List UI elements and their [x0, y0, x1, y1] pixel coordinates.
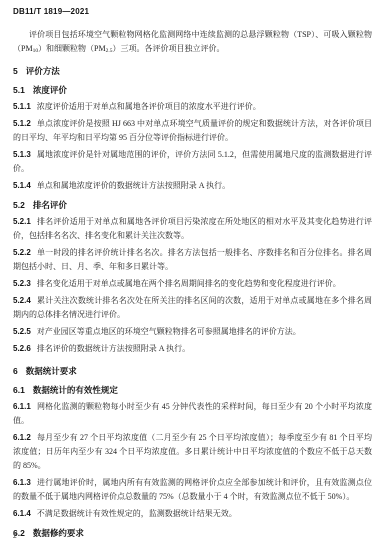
heading-text: 数据统计的有效性规定: [33, 385, 118, 395]
clause-number: 5.2.6: [13, 344, 31, 353]
clause-text: 浓度评价适用于对单点和属地各评价项目的浓度水平进行评价。: [37, 102, 261, 111]
clause-text: 属地浓度评价是针对属地范围的评价，评价方法同 5.1.2，但需使用属地尺度的监测…: [13, 150, 372, 173]
heading-number: 6: [13, 366, 18, 376]
clause-number: 5.1.4: [13, 181, 31, 190]
clause-number: 5.1.3: [13, 150, 31, 159]
section-6-2-heading: 6.2数据修约要求: [13, 526, 372, 540]
heading-text: 排名评价: [33, 200, 67, 210]
clause-text: 网格化监测的颗粒物每小时至少有 45 分钟代表性的采样时间，每日至少有 20 个…: [13, 402, 372, 425]
clause-6-1-3: 6.1.3进行属地评价时，属地内所有有效监测的网格评价点应全部参加统计和评价，且…: [13, 476, 372, 504]
intro-paragraph: 评价项目包括环境空气颗粒物网格化监测网络中连续监测的总悬浮颗粒物（TSP）、可吸…: [13, 28, 372, 56]
clause-6-1-4: 6.1.4不满足数据统计有效性规定的，监测数据统计结果无效。: [13, 507, 372, 521]
clause-5-1-4: 5.1.4单点和属地浓度评价的数据统计方法按照附录 A 执行。: [13, 179, 372, 193]
clause-5-2-5: 5.2.5对产业园区等重点地区的环境空气颗粒物排名可参照属地排名的评价方法。: [13, 325, 372, 339]
heading-text: 数据修约要求: [33, 528, 84, 538]
clause-number: 5.2.2: [13, 248, 31, 257]
clause-number: 5.2.4: [13, 296, 31, 305]
clause-text: 累计关注次数统计排名名次处在所关注的排名区间的次数，适用于对单点或属地在多个排名…: [13, 296, 372, 319]
clause-text: 单点和属地浓度评价的数据统计方法按照附录 A 执行。: [37, 181, 230, 190]
heading-number: 5: [13, 66, 18, 76]
clause-number: 6.1.4: [13, 509, 31, 518]
clause-5-2-3: 5.2.3排名变化适用于对单点或属地在两个排名周期间排名的变化趋势和变化程度进行…: [13, 277, 372, 291]
section-6-heading: 6数据统计要求: [13, 364, 372, 378]
clause-6-1-2: 6.1.2每月至少有 27 个日平均浓度值（二月至少有 25 个日平均浓度值）；…: [13, 431, 372, 473]
intro-text: ）三项。各评价项目独立评价。: [113, 44, 225, 53]
clause-text: 单点浓度评价是按照 HJ 663 中对单点环境空气质量评价的规定和数据统计方法，…: [13, 119, 372, 142]
section-5-2-heading: 5.2排名评价: [13, 198, 372, 212]
clause-number: 5.2.5: [13, 327, 31, 336]
clause-number: 5.2.3: [13, 279, 31, 288]
heading-number: 5.1: [13, 85, 25, 95]
clause-5-2-4: 5.2.4累计关注次数统计排名名次处在所关注的排名区间的次数，适用于对单点或属地…: [13, 294, 372, 322]
heading-text: 数据统计要求: [26, 366, 77, 376]
document-header: DB11/T 1819—2021: [13, 6, 372, 18]
clause-number: 5.1.2: [13, 119, 31, 128]
clause-text: 排名评价适用于对单点和属地各评价项目污染浓度在所处地区的相对水平及其变化趋势进行…: [13, 217, 372, 240]
clause-text: 排名变化适用于对单点或属地在两个排名周期间排名的变化趋势和变化程度进行评价。: [37, 279, 341, 288]
section-5-heading: 5评价方法: [13, 64, 372, 78]
clause-5-2-6: 5.2.6排名评价的数据统计方法按照附录 A 执行。: [13, 342, 372, 356]
clause-number: 6.1.2: [13, 433, 31, 442]
clause-number: 6.1.1: [13, 402, 31, 411]
heading-number: 6.1: [13, 385, 25, 395]
heading-number: 5.2: [13, 200, 25, 210]
clause-number: 5.2.1: [13, 217, 31, 226]
clause-5-2-1: 5.2.1排名评价适用于对单点和属地各评价项目污染浓度在所处地区的相对水平及其变…: [13, 215, 372, 243]
clause-number: 5.1.1: [13, 102, 31, 111]
intro-text: ）和细颗粒物（PM: [38, 44, 106, 53]
clause-5-1-2: 5.1.2单点浓度评价是按照 HJ 663 中对单点环境空气质量评价的规定和数据…: [13, 117, 372, 145]
clause-5-2-2: 5.2.2单一时段的排名评价统计排名名次。排名方法包括一般排名、序数排名和百分位…: [13, 246, 372, 274]
section-6-1-heading: 6.1数据统计的有效性规定: [13, 383, 372, 397]
clause-text: 对产业园区等重点地区的环境空气颗粒物排名可参照属地排名的评价方法。: [37, 327, 301, 336]
page-number: 2: [13, 531, 17, 541]
clause-text: 单一时段的排名评价统计排名名次。排名方法包括一般排名、序数排名和百分位排名。排名…: [13, 248, 372, 271]
clause-text: 不满足数据统计有效性规定的，监测数据统计结果无效。: [37, 509, 237, 518]
clause-6-1-1: 6.1.1网格化监测的颗粒物每小时至少有 45 分钟代表性的采样时间，每日至少有…: [13, 400, 372, 428]
heading-text: 浓度评价: [33, 85, 67, 95]
pm25-subscript: 2.5: [106, 48, 113, 54]
clause-text: 进行属地评价时，属地内所有有效监测的网格评价点应全部参加统计和评价，且有效监测点…: [13, 478, 372, 501]
clause-5-1-1: 5.1.1浓度评价适用于对单点和属地各评价项目的浓度水平进行评价。: [13, 100, 372, 114]
section-5-1-heading: 5.1浓度评价: [13, 83, 372, 97]
clause-text: 每月至少有 27 个日平均浓度值（二月至少有 25 个日平均浓度值）；每季度至少…: [13, 433, 372, 470]
clause-text: 排名评价的数据统计方法按照附录 A 执行。: [37, 344, 190, 353]
clause-5-1-3: 5.1.3属地浓度评价是针对属地范围的评价，评价方法同 5.1.2，但需使用属地…: [13, 148, 372, 176]
document-page: DB11/T 1819—2021 评价项目包括环境空气颗粒物网格化监测网络中连续…: [0, 0, 385, 554]
clause-number: 6.1.3: [13, 478, 31, 487]
heading-text: 评价方法: [26, 66, 60, 76]
